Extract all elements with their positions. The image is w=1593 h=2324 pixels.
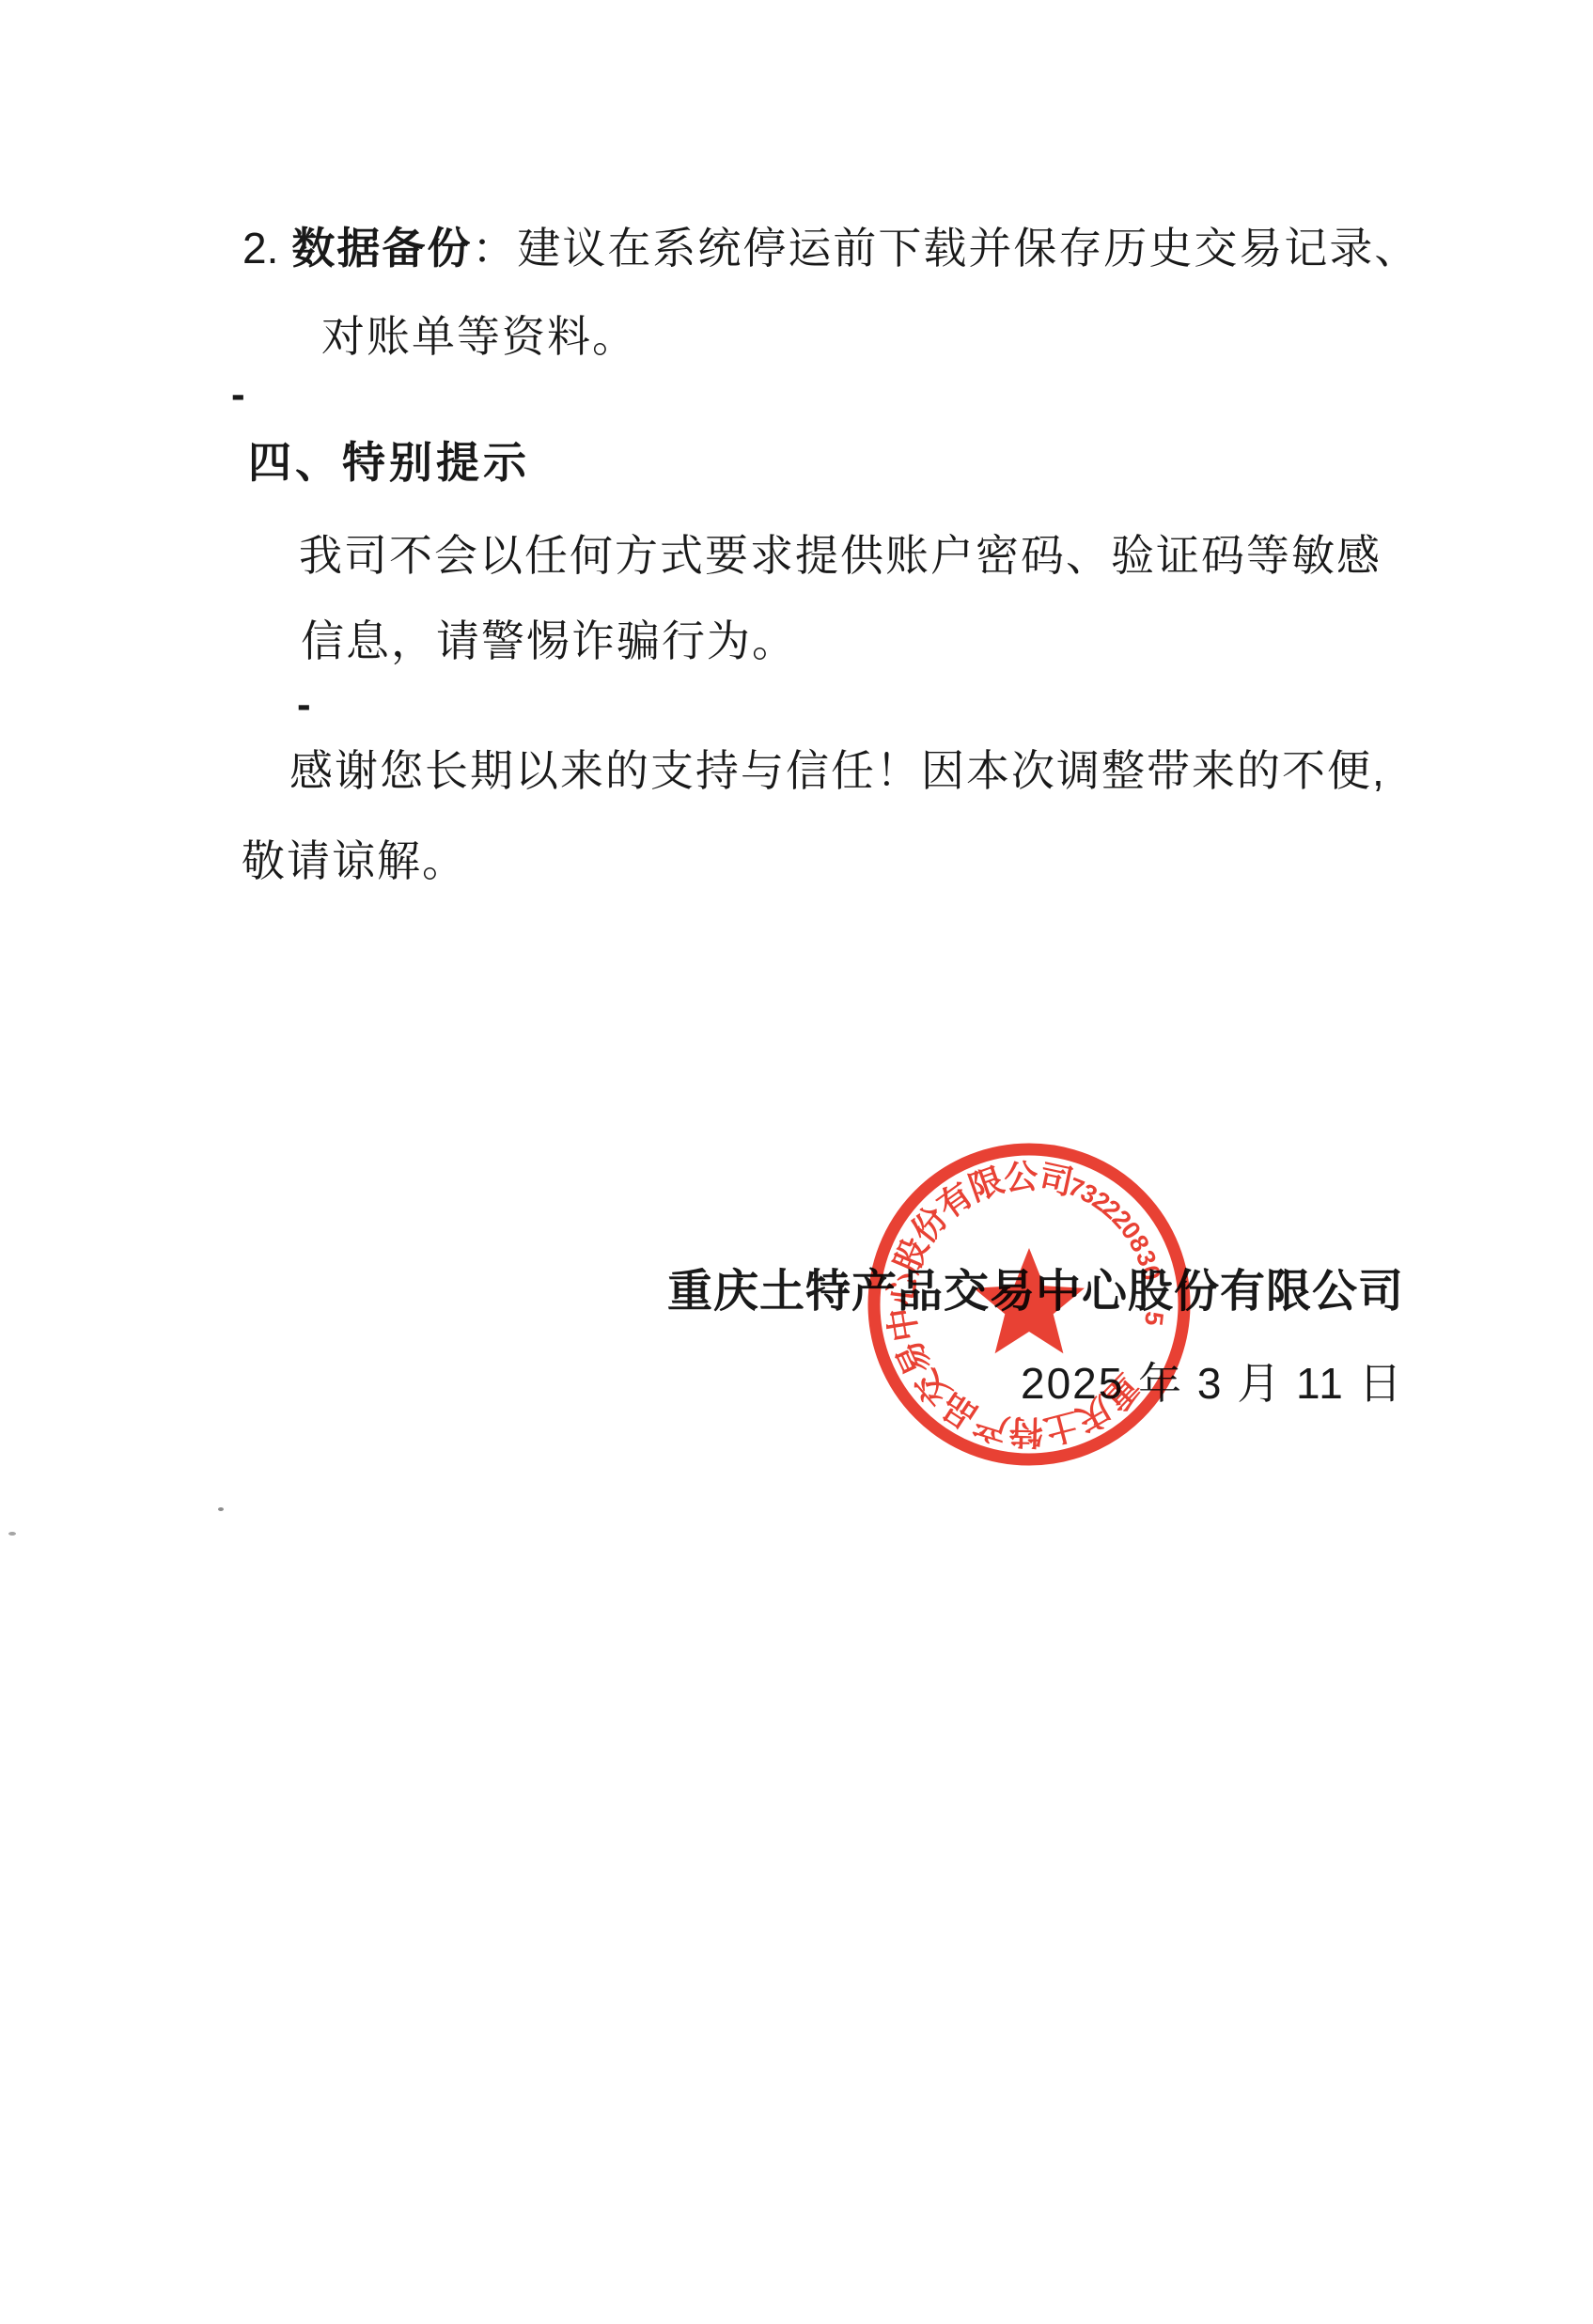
svg-text:中: 中 bbox=[882, 1304, 925, 1344]
list-item-2-text: ：建议在系统停运前下载并保存历史交易记录、 bbox=[472, 224, 1419, 273]
company-seal: 重庆土特产品交易中心股份有限公司5038022237 bbox=[855, 1131, 1203, 1478]
scan-speck bbox=[8, 1532, 16, 1536]
paragraph-2-line1: 感谢您长期以来的支持与信任！因本次调整带来的不便, bbox=[289, 744, 1386, 799]
svg-text:公: 公 bbox=[1003, 1157, 1039, 1197]
list-item-2-number: 2. bbox=[242, 224, 278, 273]
list-item-2-line2: 对账单等资料。 bbox=[321, 310, 637, 365]
paragraph-1-line2: 信息，请警惕诈骗行为。 bbox=[301, 615, 797, 669]
paragraph-2-line2: 敬请谅解。 bbox=[242, 834, 467, 889]
scan-speck bbox=[218, 1507, 224, 1511]
svg-text:特: 特 bbox=[1008, 1412, 1043, 1452]
list-item-2-line1: 2.数据备份：建议在系统停运前下载并保存历史交易记录、 bbox=[242, 222, 1419, 276]
dash-mark-2: - bbox=[297, 678, 311, 730]
svg-text:5: 5 bbox=[1139, 1310, 1169, 1327]
paragraph-1-line1: 我司不会以任何方式要求提供账户密码、验证码等敏感 bbox=[299, 529, 1382, 584]
section-heading: 四、特别提示 bbox=[248, 436, 530, 491]
dash-mark-1: - bbox=[231, 368, 245, 420]
list-item-2-label: 数据备份 bbox=[291, 224, 472, 273]
star-icon bbox=[974, 1248, 1085, 1353]
